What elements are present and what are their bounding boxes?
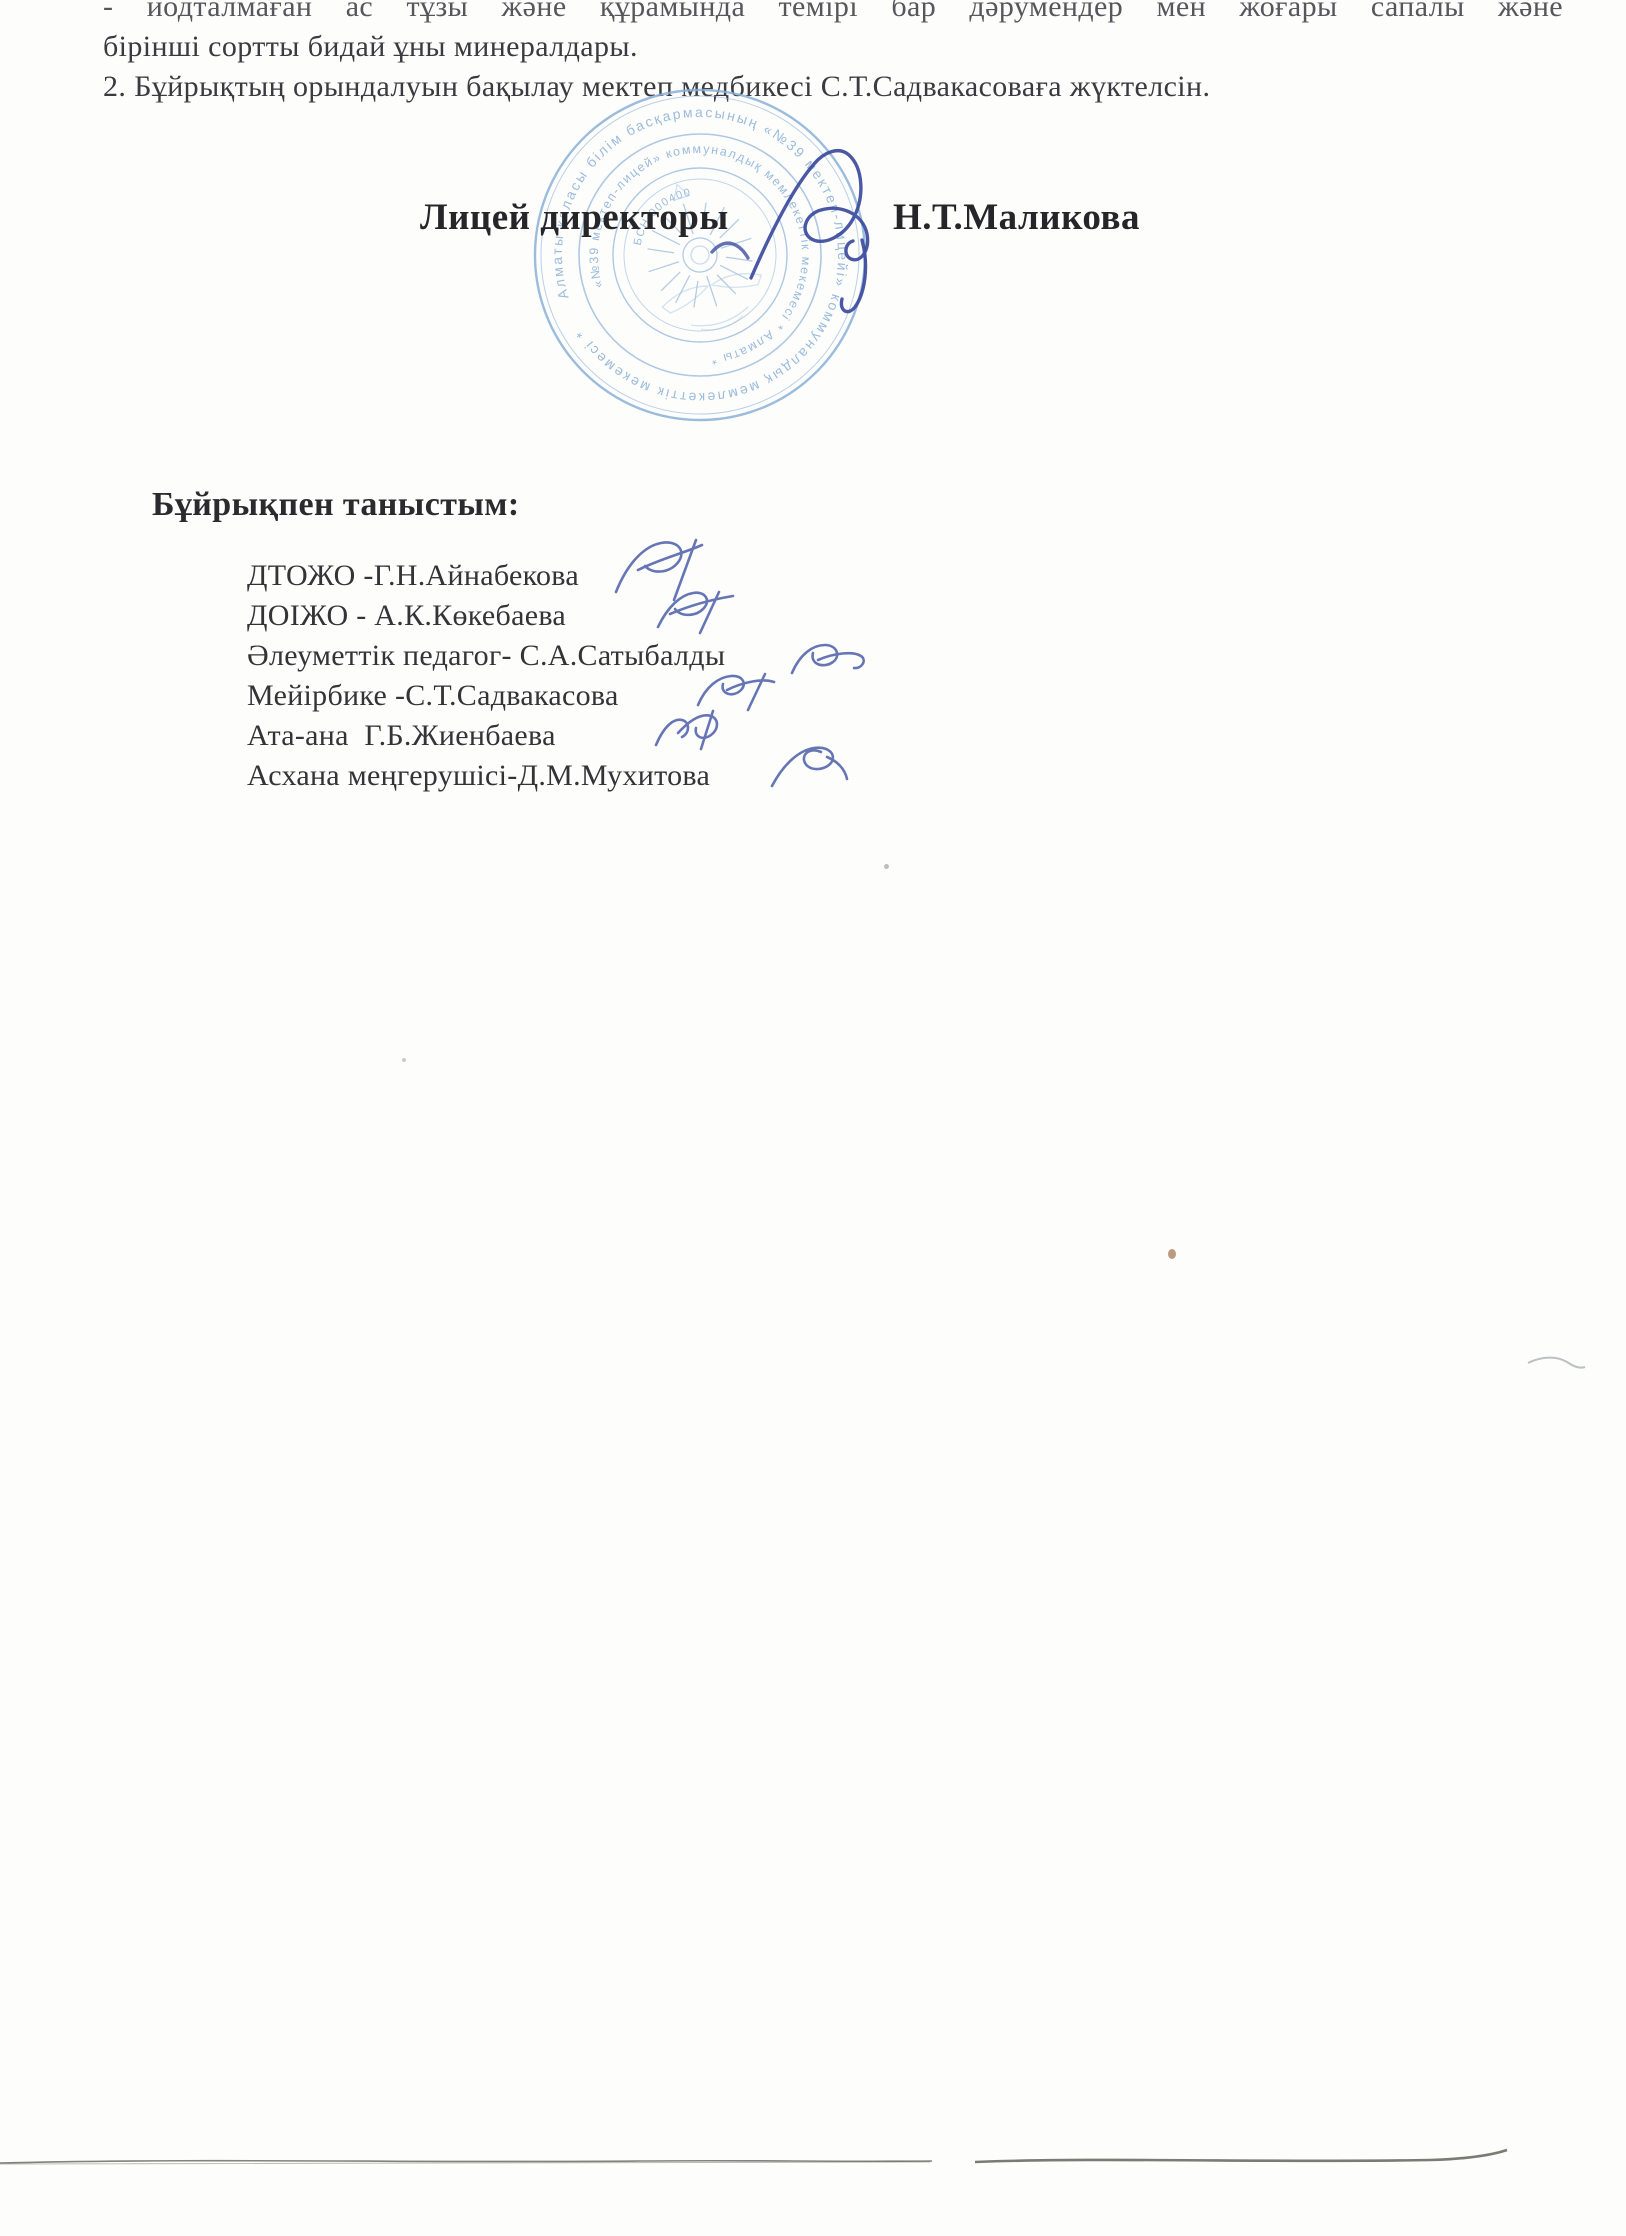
dust-speck <box>402 1058 406 1062</box>
signatory-row: ДОІЖО - А.К.Көкебаева <box>247 596 725 636</box>
dust-speck <box>1168 1249 1176 1259</box>
paragraph-line-2: бірінші сортты бидай ұны минералдары. <box>103 27 1563 67</box>
scanned-page: Алматы қаласы білім басқармасының «№39 м… <box>0 0 1626 2236</box>
stamp-emblem <box>626 168 775 345</box>
signatory-row: Мейірбике -С.Т.Садвакасова <box>247 676 725 716</box>
pencil-squiggle-artifact <box>1528 1358 1585 1368</box>
director-name: Н.Т.Маликова <box>893 196 1140 239</box>
signatory-row: Асхана меңгерушісі-Д.М.Мухитова <box>247 756 725 796</box>
signature-ink-6 <box>772 748 833 786</box>
stamp-emblem-border <box>604 159 796 351</box>
signatory-row: Әлеуметтік педагог- С.А.Сатыбалды <box>247 636 725 676</box>
signatory-row: Ата-ана Г.Б.Жиенбаева <box>247 716 725 756</box>
paragraph-line-1: - йодталмаған ас тұзы және құрамында тем… <box>103 0 1563 27</box>
signature-ink-3 <box>792 645 837 673</box>
scan-line-artifact <box>0 2150 1507 2164</box>
signatory-row: ДТОЖО -Г.Н.Айнабекова <box>247 556 725 596</box>
director-title-label: Лицей директоры <box>420 196 729 239</box>
stamp-graphic: Алматы қаласы білім басқармасының «№39 м… <box>528 83 872 427</box>
acknowledgement-heading: Бұйрықпен таныстым: <box>152 486 520 524</box>
dust-speck <box>884 864 889 869</box>
official-round-stamp: Алматы қаласы білім басқармасының «№39 м… <box>528 83 872 427</box>
signatory-list: ДТОЖО -Г.Н.Айнабекова ДОІЖО - А.К.Көкеба… <box>247 556 725 796</box>
